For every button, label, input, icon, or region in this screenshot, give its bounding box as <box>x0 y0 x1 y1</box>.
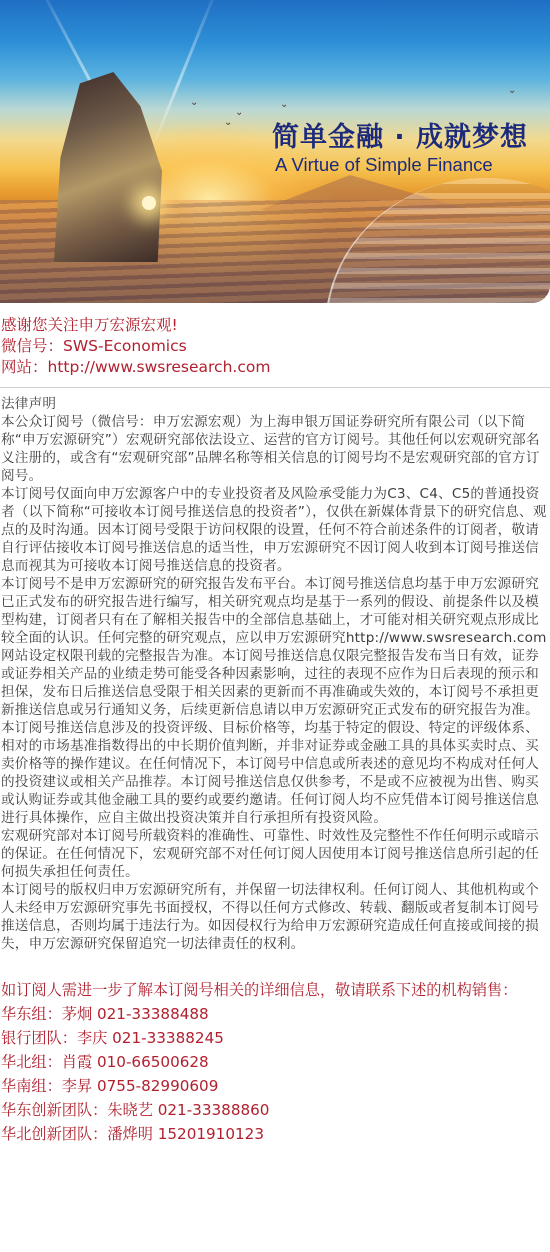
bird-icon: ⌄ <box>190 98 198 108</box>
standing-rock <box>54 72 162 262</box>
sun-flare-icon <box>142 196 156 210</box>
legal-paragraph: 本订阅号的版权归申万宏源研究所有，并保留一切法律权利。任何订阅人、其他机构或个人… <box>1 881 550 953</box>
legal-title: 法律声明 <box>1 395 550 413</box>
legal-paragraph: 宏观研究部对本订阅号所载资料的准确性、可靠性、时效性及完整性不作任何明示或暗示的… <box>1 827 550 881</box>
contact-row-bank: 银行团队：李庆 021-33388245 <box>1 1026 550 1050</box>
intro-block: 感谢您关注申万宏源宏观! 微信号：SWS-Economics 网站：http:/… <box>0 303 550 378</box>
website-link[interactable]: 网站：http://www.swsresearch.com <box>1 357 550 378</box>
slogan-english: A Virtue of Simple Finance <box>275 154 493 176</box>
wechat-id: 微信号：SWS-Economics <box>1 336 550 357</box>
legal-paragraph: 本订阅号推送信息涉及的投资评级、目标价格等，均基于特定的假设、特定的评级体系、相… <box>1 719 550 827</box>
contact-row-east: 华东组：茅炯 021-33388488 <box>1 1002 550 1026</box>
bird-icon: ⌄ <box>508 86 516 96</box>
legal-paragraph: 本订阅号不是申万宏源研究的研究报告发布平台。本订阅号推送信息均基于申万宏源研究已… <box>1 575 550 719</box>
legal-statement: 法律声明 本公众订阅号（微信号：申万宏源宏观）为上海申银万国证券研究所有限公司（… <box>0 388 550 953</box>
bird-icon: ⌄ <box>224 118 232 128</box>
thanks-text: 感谢您关注申万宏源宏观! <box>1 315 550 336</box>
slogan-chinese: 简单金融 · 成就梦想 <box>272 115 528 154</box>
sales-contact-block: 如订阅人需进一步了解本订阅号相关的详细信息，敬请联系下述的机构销售： 华东组：茅… <box>0 953 550 1146</box>
legal-paragraph: 本公众订阅号（微信号：申万宏源宏观）为上海申银万国证券研究所有限公司（以下简称“… <box>1 413 550 485</box>
contact-row-north: 华北组：肖霞 010-66500628 <box>1 1050 550 1074</box>
hero-banner: ⌄ ⌄ ⌄ ⌄ ⌄ 简单金融 · 成就梦想 A Virtue of Simple… <box>0 0 550 303</box>
contact-row-east-innovation: 华东创新团队：朱晓艺 021-33388860 <box>1 1098 550 1122</box>
legal-paragraph: 本订阅号仅面向申万宏源客户中的专业投资者及风险承受能力为C3、C4、C5的普通投… <box>1 485 550 575</box>
contact-heading: 如订阅人需进一步了解本订阅号相关的详细信息，敬请联系下述的机构销售： <box>1 978 550 1002</box>
bird-icon: ⌄ <box>280 100 288 110</box>
contact-row-north-innovation: 华北创新团队：潘烨明 15201910123 <box>1 1122 550 1146</box>
bird-icon: ⌄ <box>235 108 243 118</box>
contact-row-south: 华南组：李昇 0755-82990609 <box>1 1074 550 1098</box>
